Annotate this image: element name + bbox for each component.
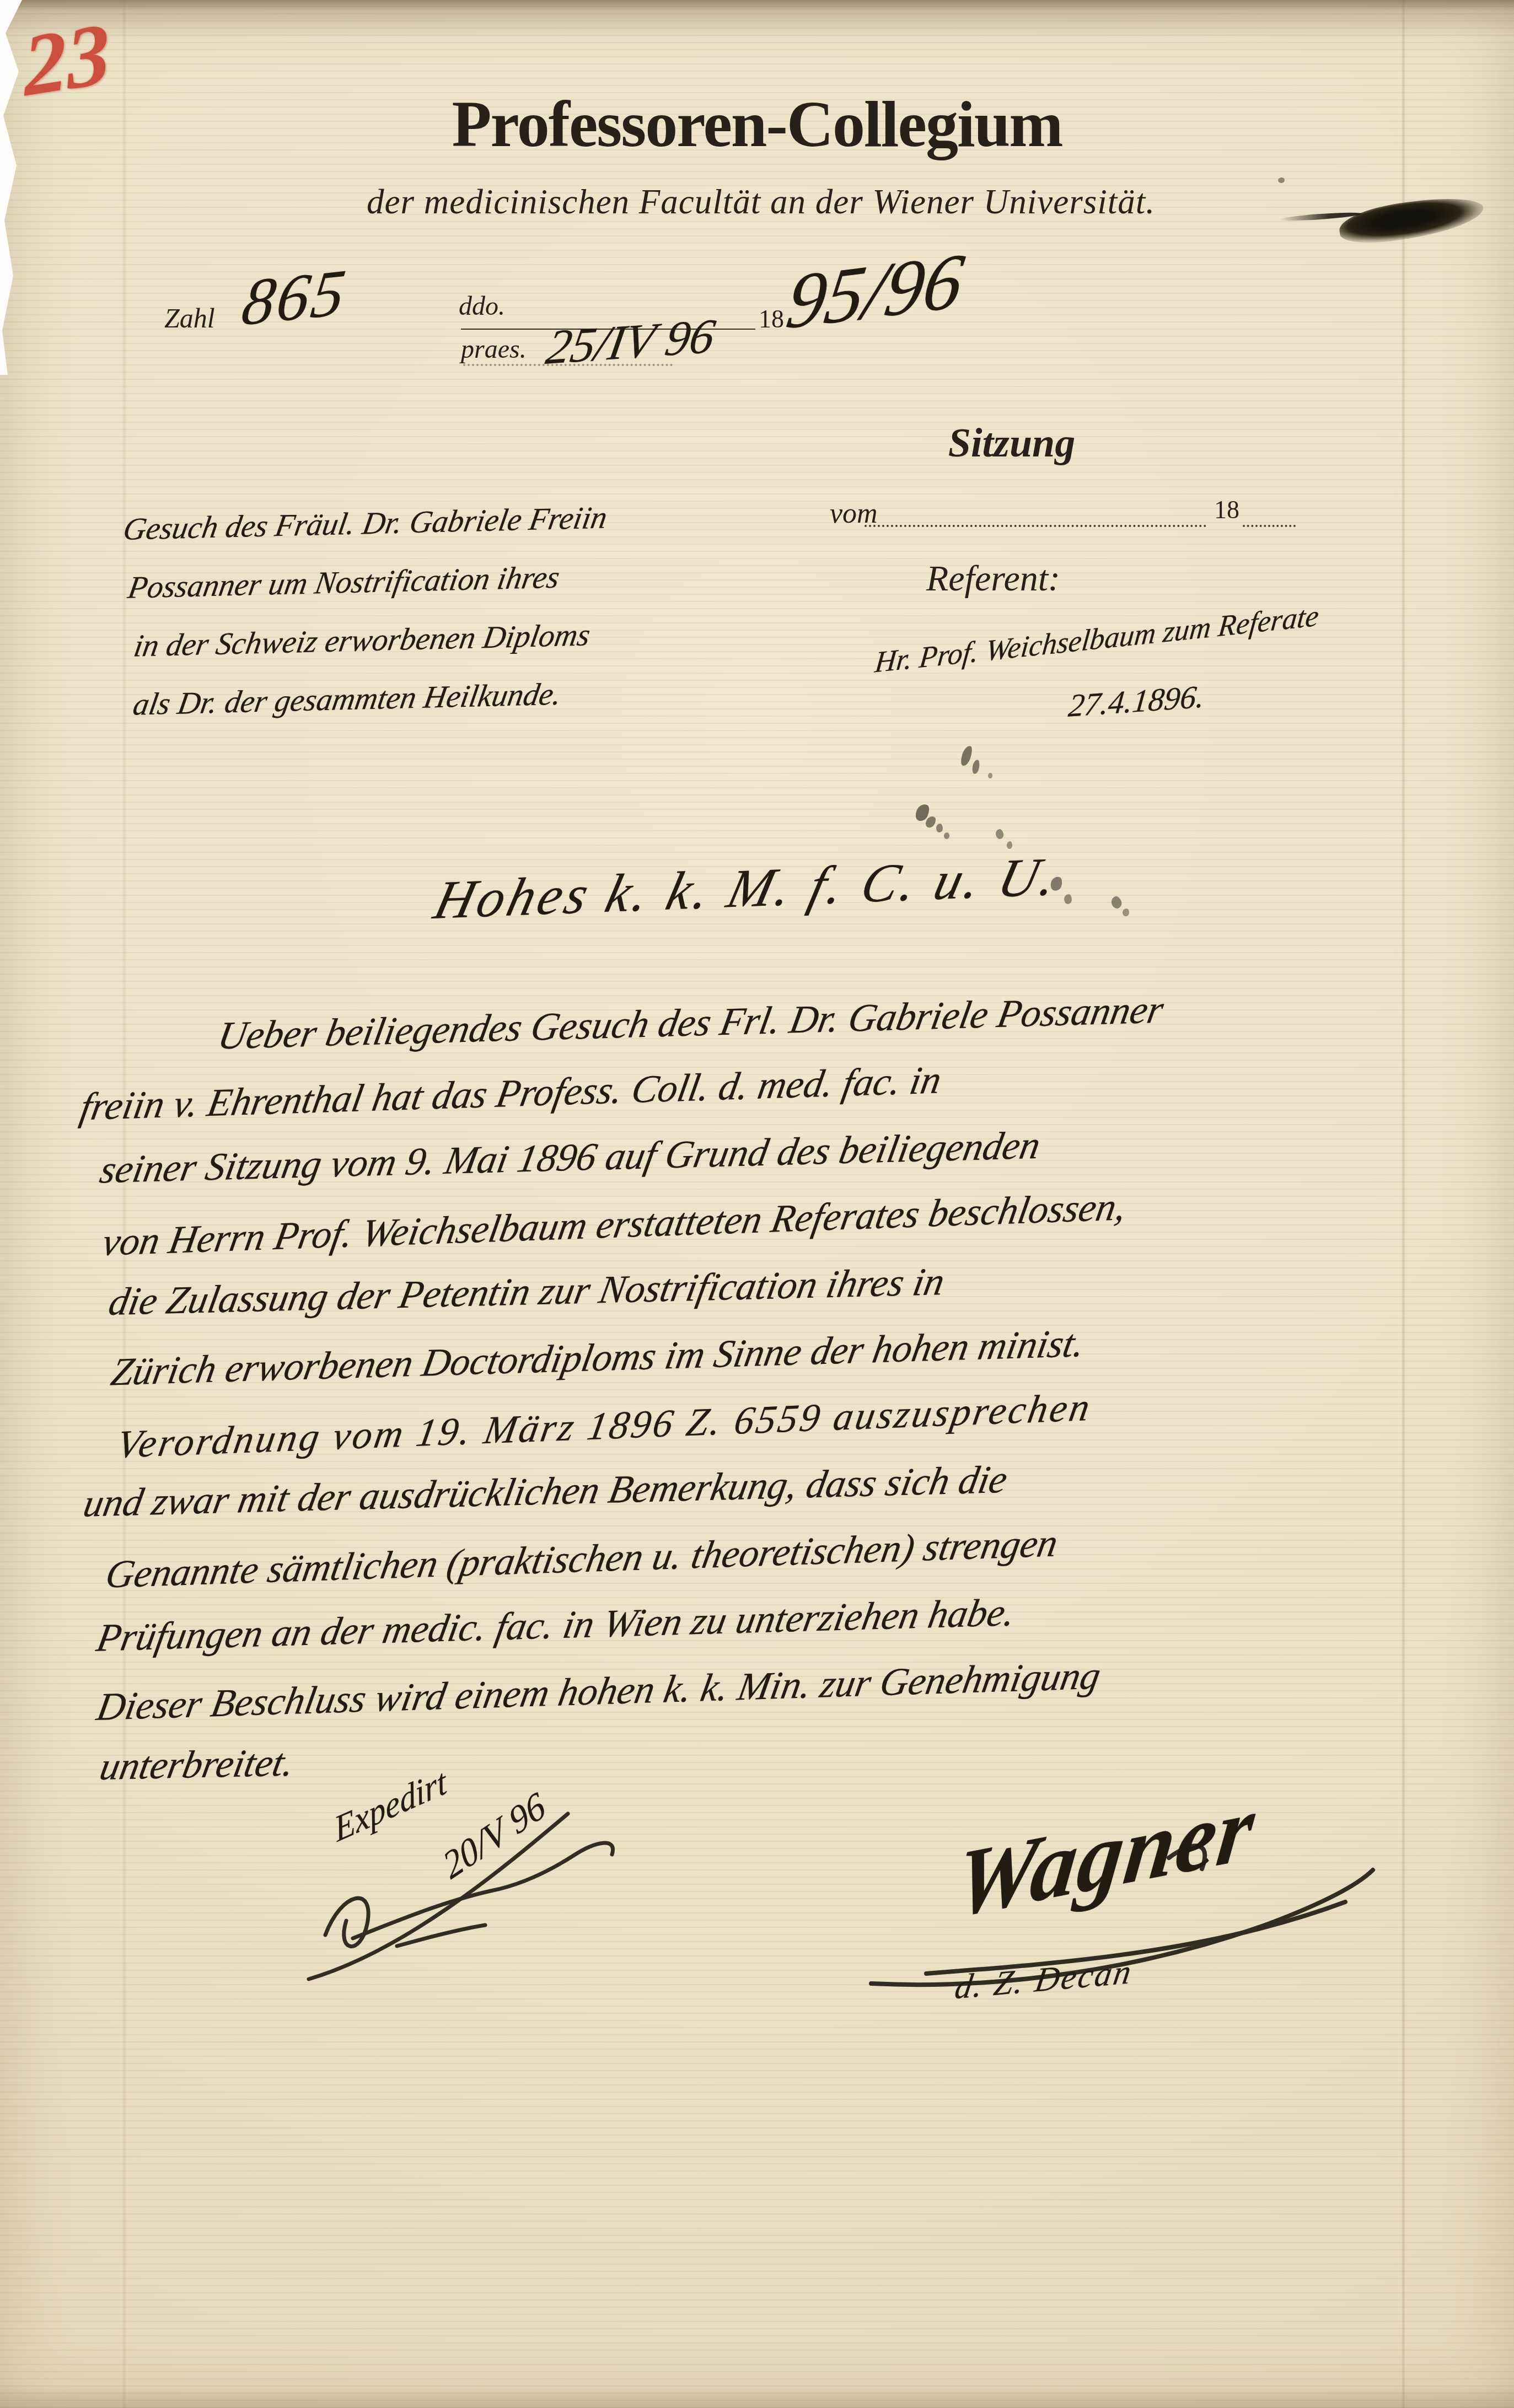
ink-smudge (1123, 909, 1129, 916)
ink-smudge (944, 832, 949, 839)
ink-smudge (988, 773, 992, 778)
sitzung-heading: Sitzung (948, 420, 1075, 467)
letterhead-subtitle: der medicinischen Facultät an der Wiener… (367, 182, 1155, 222)
sitzung-year-prefix: 18 (1214, 495, 1239, 524)
ink-speck (1278, 178, 1285, 183)
ddo-label: ddo. (459, 291, 505, 321)
year-prefix: 18 (759, 304, 784, 334)
ink-smudge (936, 824, 943, 832)
subject-note: Gesuch des Fräul. Dr. Gabriele Freiin Po… (123, 483, 845, 734)
dean-signature-flourish (860, 1836, 1411, 2001)
ink-smudge (1064, 894, 1072, 904)
vom-rule (865, 525, 1206, 527)
letterhead-title: Professoren-Collegium (452, 87, 1062, 162)
scanned-document-page: { "folio": { "number": "23" }, "letterhe… (0, 0, 1514, 2408)
clerk-signature-flourish (259, 1808, 656, 1985)
zahl-value-handwritten: 865 (238, 254, 352, 342)
folio-number: 23 (21, 3, 112, 117)
ink-smudge (1007, 841, 1012, 849)
praes-label: praes. (461, 334, 527, 364)
referent-label: Referent: (926, 558, 1060, 600)
year-rule (1243, 525, 1296, 527)
zahl-label: Zahl (164, 302, 215, 334)
body-paragraph: Ueber beiliegendes Gesuch des Frl. Dr. G… (71, 986, 1460, 1786)
